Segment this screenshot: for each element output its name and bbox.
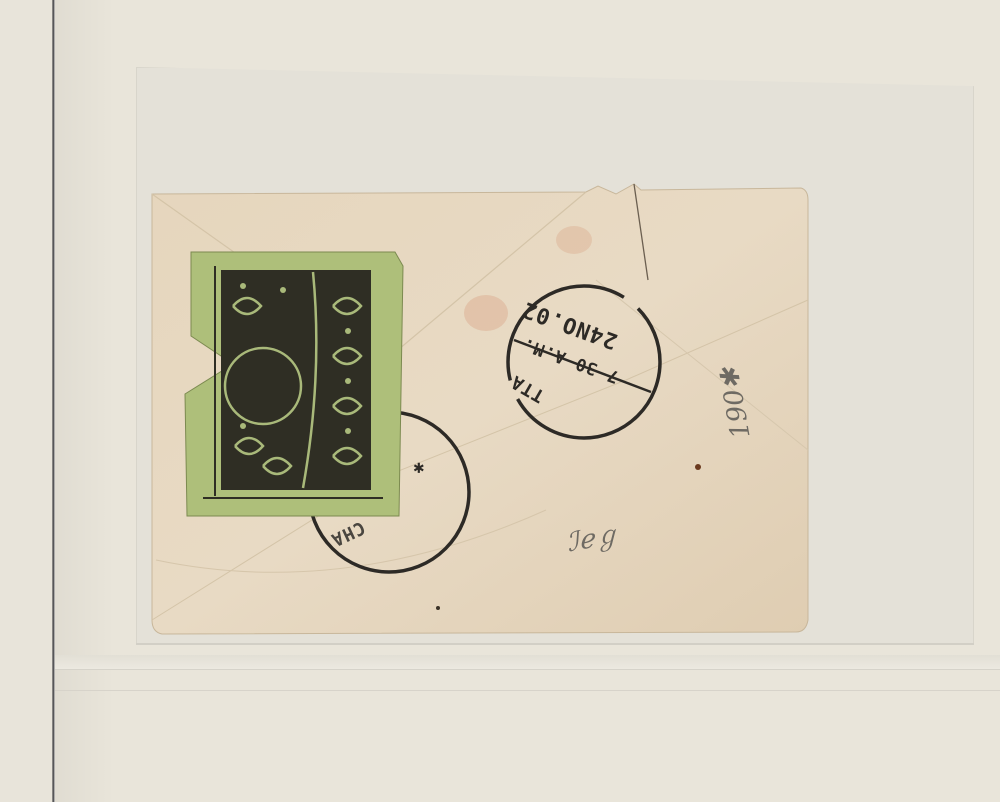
green-stamp bbox=[183, 246, 408, 521]
album-strip-upper bbox=[55, 655, 1000, 670]
stamp-icon bbox=[183, 246, 408, 521]
mount-bottom-edge bbox=[136, 643, 974, 645]
album-left-margin bbox=[0, 0, 52, 802]
album-strip-lower bbox=[55, 690, 1000, 691]
page-shadow bbox=[55, 0, 115, 802]
